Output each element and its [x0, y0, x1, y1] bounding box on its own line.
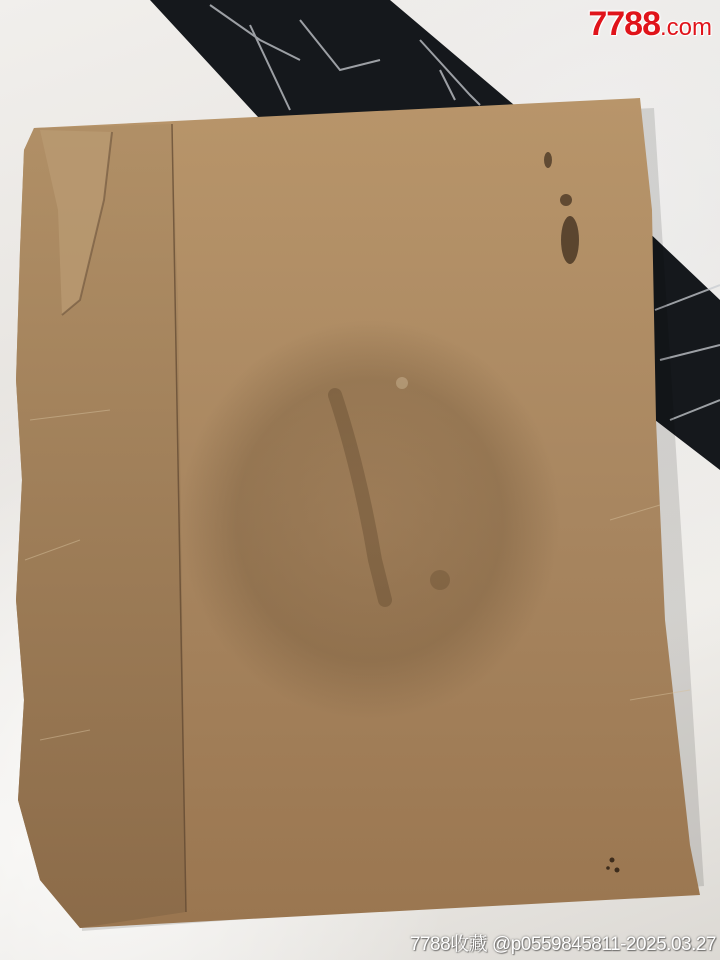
- watermark-brand: 7788: [588, 5, 660, 43]
- photo-credit-watermark: 7788收藏 @p0559845811-2025.03.27: [410, 929, 716, 956]
- photo-scene: 7788.com 7788收藏 @p0559845811-2025.03.27: [0, 0, 720, 960]
- site-watermark: 7788.com: [588, 5, 712, 44]
- book-cover: [0, 0, 720, 960]
- watermark-domain: .com: [660, 14, 712, 41]
